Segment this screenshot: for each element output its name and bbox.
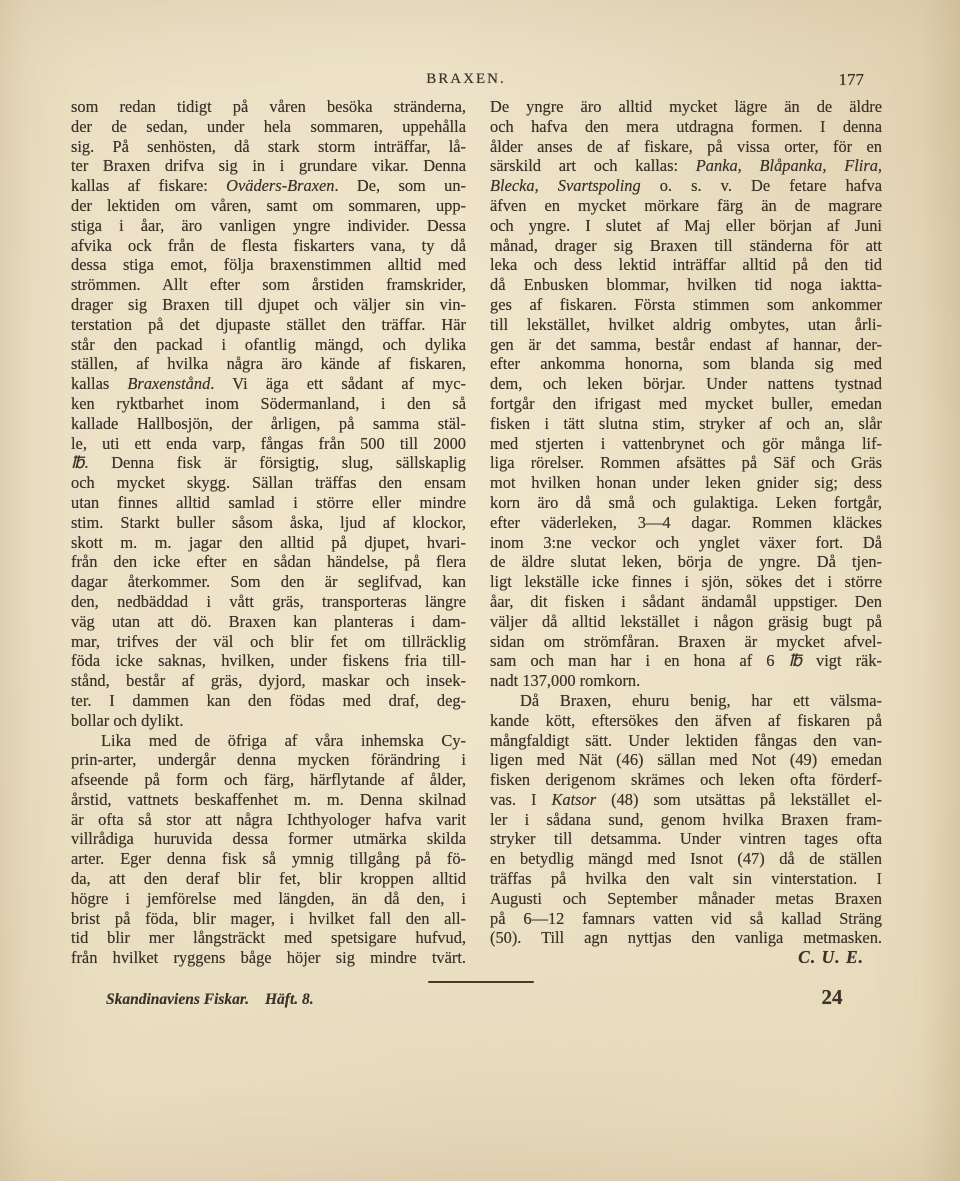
- text-line: stryker till detsamma. Under vintren tag…: [490, 829, 882, 849]
- text-line: som redan tidigt på våren besöka strände…: [71, 97, 466, 117]
- text-line: efter väderleken, 3—4 dagar. Rommen kläc…: [490, 513, 882, 533]
- text-line: afvika ock från de flesta fiskarters van…: [71, 236, 466, 256]
- text-line: gen är det samma, består endast af hanna…: [490, 335, 882, 355]
- text-line: der de sedan, under hela sommaren, uppeh…: [71, 117, 466, 137]
- text-line: ligt lekställe icke finnes i sjön, sökes…: [490, 572, 882, 592]
- imprint-issue: Häft. 8.: [265, 991, 314, 1008]
- sheet-number: 24: [812, 985, 852, 1010]
- text-line: från hvilket ryggens båge höjer sig mind…: [71, 948, 466, 968]
- text-line: står den packad i ofantlig mängd, och dy…: [71, 335, 466, 355]
- text-line: villrådiga huruvida dessa former utmärka…: [71, 829, 466, 849]
- text-line: Augusti och September månader metas Brax…: [490, 889, 882, 909]
- text-line: mar, trifves der väl och blir fet om til…: [71, 632, 466, 652]
- running-title: BRAXEN.: [70, 71, 862, 88]
- text-line: kallas af fiskare: Oväders-Braxen. De, s…: [71, 176, 466, 196]
- text-line: sidan om strömfåran. Braxen är mycket af…: [490, 632, 882, 652]
- text-line: strömmen. Allt efter som årstiden framsk…: [71, 275, 466, 295]
- text-line: månad, drager sig Braxen till ständerna …: [490, 236, 882, 256]
- text-line: väg utan att dö. Braxen kan planteras i …: [71, 612, 466, 632]
- text-line: stiga i åar, äro vanligen yngre individe…: [71, 216, 466, 236]
- text-line: nadt 137,000 romkorn.: [490, 671, 882, 691]
- text-line: sam och man har i en hona af 6 ℔ vigt rä…: [490, 651, 882, 671]
- section-end-rule: [428, 981, 534, 983]
- text-line: den, nedbäddad i vått gräs, transportera…: [71, 592, 466, 612]
- text-line: leka och dess lektid inträffar alltid på…: [490, 255, 882, 275]
- text-line: le, uti ett enda varp, fångas från 500 t…: [71, 434, 466, 454]
- text-line: då Enbusken blommar, hvilken tid noga ia…: [490, 275, 882, 295]
- text-line: föda icke saknas, hvilken, under fiskens…: [71, 651, 466, 671]
- text-line: korn äro då små och gulaktiga. Leken for…: [490, 493, 882, 513]
- text-line: ter. I dammen kan den födas med draf, de…: [71, 691, 466, 711]
- text-line: en betydlig mängd med Isnot (47) då de s…: [490, 849, 882, 869]
- left-text-column: som redan tidigt på våren besöka strände…: [71, 97, 466, 968]
- text-line: skott m. m. jagar den alltid på djupet, …: [71, 533, 466, 553]
- text-line: Lika med de öfriga af våra inhemska Cy-: [71, 731, 466, 751]
- imprint: Skandinaviens Fiskar.Häft. 8.: [106, 991, 314, 1009]
- book-page: BRAXEN. 177 som redan tidigt på våren be…: [0, 0, 960, 1181]
- text-line: mångfaldigt sätt. Under lektiden fångas …: [490, 731, 882, 751]
- text-line: prin-arter, undergår denna mycken föränd…: [71, 750, 466, 770]
- text-line: ges af fiskaren. Första stimmen som anko…: [490, 295, 882, 315]
- text-line: fisken derigenom skrämes och leken ofta …: [490, 770, 882, 790]
- text-line: kallade Hallbosjön, der årligen, på samm…: [71, 414, 466, 434]
- author-initials: C. U. E.: [490, 947, 864, 968]
- text-line: högre i jemförelse med längden, än då de…: [71, 889, 466, 909]
- text-line: sig. På senhösten, då stark storm inträf…: [71, 137, 466, 157]
- text-line: der lektiden om våren, samt om sommaren,…: [71, 196, 466, 216]
- text-line: (50). Till agn nyttjas den vanliga metma…: [490, 928, 882, 948]
- text-line: väljer då alltid lekstället i någon gräs…: [490, 612, 882, 632]
- text-line: ler i sådana sund, genom hvilka Braxen f…: [490, 810, 882, 830]
- text-line: ℔. Denna fisk är försigtig, slug, sällsk…: [71, 453, 466, 473]
- text-line: tid blir mer långsträckt med spetsigare …: [71, 928, 466, 948]
- text-line: stim. Starkt buller såsom åska, ljud af …: [71, 513, 466, 533]
- text-line: fortgår den ifrigast med mycket buller, …: [490, 394, 882, 414]
- page-number: 177: [790, 70, 864, 90]
- text-line: stånd, består af gräs, dyjord, maskar oc…: [71, 671, 466, 691]
- text-line: fisken i tätt slutna stim, stryker af oc…: [490, 414, 882, 434]
- text-line: och yngre. I slutet af Maj eller början …: [490, 216, 882, 236]
- text-line: ken ryktbarhet inom Södermanland, i den …: [71, 394, 466, 414]
- text-line: Blecka, Svartspoling o. s. v. De fetare …: [490, 176, 882, 196]
- text-line: terstation på det djupaste stället den t…: [71, 315, 466, 335]
- text-line: äfven en mycket mörkare färg än de magra…: [490, 196, 882, 216]
- text-line: med stjerten i vattenbrynet och gör mång…: [490, 434, 882, 454]
- text-line: ter Braxen drifva sig in i grundare vika…: [71, 156, 466, 176]
- text-line: är ofta så stor att några Ichthyologer h…: [71, 810, 466, 830]
- text-line: ställen, af hvilka några äro kände af fi…: [71, 354, 466, 374]
- text-line: dem, och leken börjar. Under nattens tys…: [490, 374, 882, 394]
- text-line: dessa stiga emot, följa braxenstimmen al…: [71, 255, 466, 275]
- text-line: från den icke efter en sådan händelse, p…: [71, 552, 466, 572]
- text-line: mot hvilken honan under leken gnider sig…: [490, 473, 882, 493]
- text-line: särskild art och kallas: Panka, Blåpanka…: [490, 156, 882, 176]
- text-line: liga rörelser. Rommen afsättes på Säf oc…: [490, 453, 882, 473]
- text-line: åar, dit fisken i sådant ändamål uppstig…: [490, 592, 882, 612]
- text-line: drager sig Braxen till djupet och väljer…: [71, 295, 466, 315]
- text-line: kallas Braxenstånd. Vi äga ett sådant af…: [71, 374, 466, 394]
- text-line: vas. I Katsor (48) som utsättas på lekst…: [490, 790, 882, 810]
- text-line: brist på föda, blir mager, i hvilket fal…: [71, 909, 466, 929]
- text-line: och mycket skygg. Sällan träffas den ens…: [71, 473, 466, 493]
- text-line: ligen med Nät (46) sällan med Not (49) e…: [490, 750, 882, 770]
- text-line: och hafva den mera utdragna formen. I de…: [490, 117, 882, 137]
- text-line: afseende på form och färg, härflytande a…: [71, 770, 466, 790]
- text-line: de äldre slutat leken, börja de yngre. D…: [490, 552, 882, 572]
- right-text-column: De yngre äro alltid mycket lägre än de ä…: [490, 97, 882, 948]
- text-line: träffas på hvilka den valt sin vintersta…: [490, 869, 882, 889]
- text-line: utan finnes alltid samlad i större eller…: [71, 493, 466, 513]
- text-line: årstid, vattnets beskaffenhet m. m. Denn…: [71, 790, 466, 810]
- text-line: ålder anses de af fiskare, på vissa orte…: [490, 137, 882, 157]
- text-line: kande kött, eftersökes den äfven af fisk…: [490, 711, 882, 731]
- text-line: arter. Eger denna fisk så ymnig tillgång…: [71, 849, 466, 869]
- text-line: dagar återkommer. Som den är seglifvad, …: [71, 572, 466, 592]
- text-line: De yngre äro alltid mycket lägre än de ä…: [490, 97, 882, 117]
- text-line: till lekstället, hvilket aldrig ombytes,…: [490, 315, 882, 335]
- text-line: da, att den deraf blir fet, blir kroppen…: [71, 869, 466, 889]
- text-line: efter ankomma honorna, som blanda sig me…: [490, 354, 882, 374]
- text-line: inom 3:ne veckor och ynglet växer fort. …: [490, 533, 882, 553]
- text-line: Då Braxen, ehuru benig, har ett välsma-: [490, 691, 882, 711]
- imprint-series: Skandinaviens Fiskar.: [106, 991, 249, 1008]
- text-line: på 6—12 famnars vatten vid så kallad Str…: [490, 909, 882, 929]
- text-line: bollar och dylikt.: [71, 711, 466, 731]
